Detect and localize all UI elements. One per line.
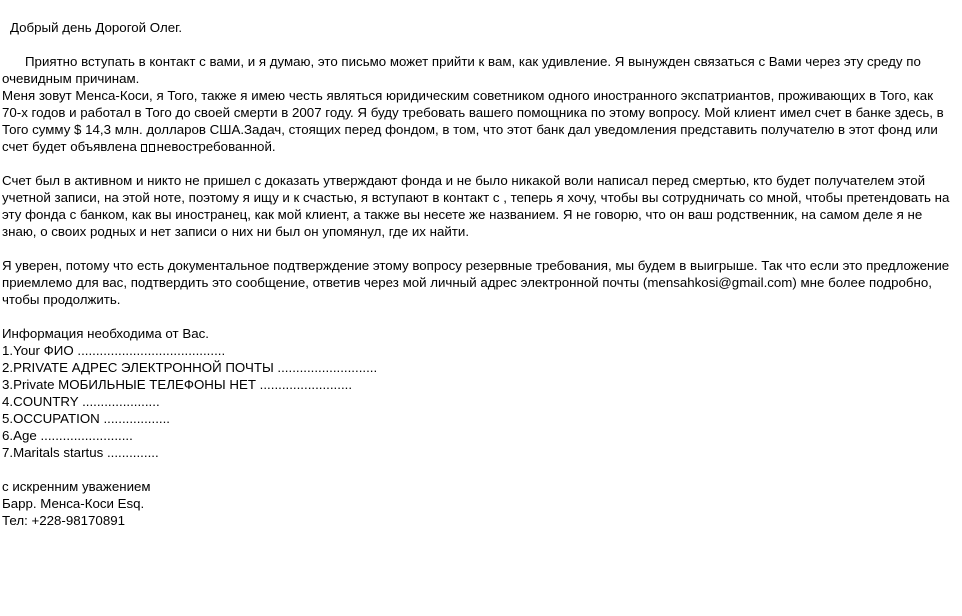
missing-glyph-icon <box>141 144 147 152</box>
info-item-label: 1.Your ФИО <box>2 343 74 358</box>
missing-glyph-icon <box>149 144 155 152</box>
spacer <box>2 240 952 257</box>
info-item: 7.Maritals startus .............. <box>2 444 952 461</box>
intro-paragraph: Приятно вступать в контакт с вами, и я д… <box>2 53 952 87</box>
info-item: 1.Your ФИО .............................… <box>2 342 952 359</box>
info-item-label: 2.PRIVATE АДРЕС ЭЛЕКТРОННОЙ ПОЧТЫ <box>2 360 274 375</box>
paragraph-client-tail: невостребованной. <box>157 139 276 154</box>
info-item-label: 6.Age <box>2 428 37 443</box>
info-item-label: 4.COUNTRY <box>2 394 78 409</box>
signature: Барр. Менса-Коси Esq. <box>2 495 952 512</box>
info-item: 3.Private МОБИЛЬНЫЕ ТЕЛЕФОНЫ НЕТ .......… <box>2 376 952 393</box>
paragraph-client: Меня зовут Менса-Коси, я Того, также я и… <box>2 87 952 155</box>
paragraph-account: Счет был в активном и никто не пришел с … <box>2 172 952 240</box>
info-item-blank: .............. <box>107 445 159 460</box>
phone: Тел: +228-98170891 <box>2 512 952 529</box>
info-item-blank: .................. <box>103 411 170 426</box>
info-heading: Информация необходима от Вас. <box>2 325 952 342</box>
info-item-label: 5.OCCUPATION <box>2 411 100 426</box>
info-item-blank: ......................... <box>40 428 132 443</box>
spacer <box>2 155 952 172</box>
spacer <box>2 308 952 325</box>
info-item-blank: ........................................ <box>77 343 225 358</box>
info-item: 4.COUNTRY ..................... <box>2 393 952 410</box>
greeting: Добрый день Дорогой Олег. <box>10 19 952 36</box>
info-list: 1.Your ФИО .............................… <box>2 342 952 461</box>
closing: с искренним уважением <box>2 478 952 495</box>
info-item: 2.PRIVATE АДРЕС ЭЛЕКТРОННОЙ ПОЧТЫ ......… <box>2 359 952 376</box>
info-item: 6.Age ......................... <box>2 427 952 444</box>
info-item-blank: ......................... <box>260 377 352 392</box>
info-item: 5.OCCUPATION .................. <box>2 410 952 427</box>
info-item-blank: ........................... <box>277 360 377 375</box>
info-item-label: 3.Private МОБИЛЬНЫЕ ТЕЛЕФОНЫ НЕТ <box>2 377 256 392</box>
info-item-blank: ..................... <box>82 394 160 409</box>
info-item-label: 7.Maritals startus <box>2 445 103 460</box>
spacer <box>2 461 952 478</box>
letter-document: Добрый день Дорогой Олег. Приятно вступа… <box>2 19 952 529</box>
paragraph-confirmation: Я уверен, потому что есть документальное… <box>2 257 952 308</box>
